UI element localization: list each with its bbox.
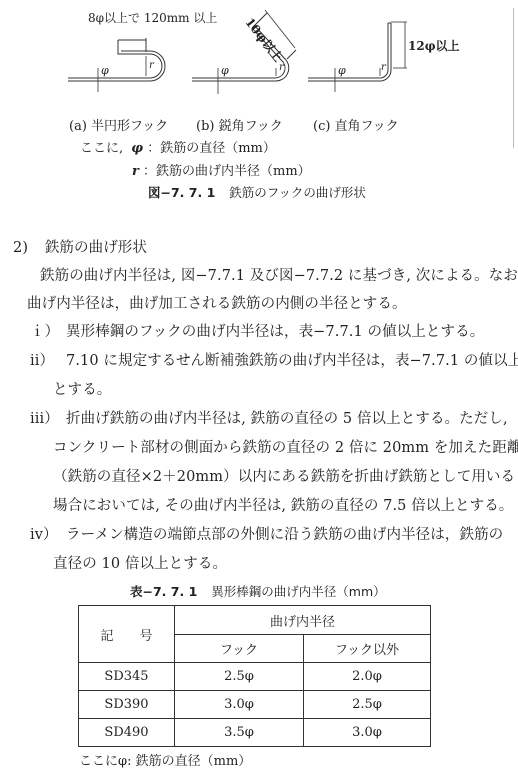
item-i-marker: ｉ）: [30, 320, 59, 341]
section-title: 鉄筋の曲げ形状: [45, 240, 147, 256]
intro-line-2: 曲げ内半径は，曲げ加工される鉄筋の内側の半径とする。: [27, 292, 407, 313]
table-row: SD490 3.5φ 3.0φ: [79, 719, 431, 747]
table-caption-title: 異形棒鋼の曲げ内半径（mm）: [211, 584, 385, 599]
legend-intro: ここに,: [80, 141, 123, 156]
hook-b-phi-label: φ: [221, 64, 229, 77]
cell-symbol: SD345: [79, 663, 175, 691]
header-symbol: 記 号: [79, 606, 175, 663]
item-iii-line-3: （鉄筋の直径×2＋20mm）以内にある鉄筋を折曲げ鉄筋として用いる: [53, 465, 515, 486]
table-caption-number: 表−7. 7. 1: [130, 584, 197, 599]
hook-c-r-label: r: [381, 62, 386, 73]
legend-phi-desc: ：鉄筋の直径（mm）: [147, 141, 276, 156]
cell-hook: 2.5φ: [175, 663, 304, 691]
cell-hook: 3.0φ: [175, 691, 304, 719]
bend-radius-table: 記 号 曲げ内半径 フック フック以外 SD345 2.5φ 2.0φ SD39…: [78, 605, 431, 747]
table-row: SD345 2.5φ 2.0φ: [79, 663, 431, 691]
header-col-other: フック以外: [304, 635, 431, 663]
legend-phi-symbol: φ: [131, 141, 143, 156]
item-iii-marker: iii）: [30, 407, 59, 428]
table-row: SD390 3.0φ 2.5φ: [79, 691, 431, 719]
figure-caption-number: 図−7. 7. 1: [148, 185, 215, 200]
cell-symbol: SD490: [79, 719, 175, 747]
cell-other: 2.5φ: [304, 691, 431, 719]
legend-r-desc: ：鉄筋の曲げ内半径（mm）: [143, 164, 311, 179]
item-ii-line-2: とする。: [53, 378, 111, 399]
hook-b-label: (b) 鋭角フック: [196, 115, 283, 134]
item-i-line-1: 異形棒鋼のフックの曲げ内半径は，表−7.7.1 の値以上とする。: [66, 320, 484, 341]
hook-c-dimension: 12φ以上: [408, 37, 460, 54]
legend-r-symbol: r: [132, 164, 139, 179]
item-iv-line-2: 直径の 10 倍以上とする。: [53, 552, 227, 573]
hook-c-label: (c) 直角フック: [313, 115, 399, 134]
item-iii-line-4: 場合においては, その曲げ内半径は, 鉄筋の直径の 7.5 倍以上とする。: [53, 494, 513, 515]
figure-legend-r: r ：鉄筋の曲げ内半径（mm）: [132, 160, 311, 179]
header-group: 曲げ内半径: [175, 606, 431, 635]
hook-diagrams: [0, 0, 518, 110]
item-iii-line-2: コンクリート部材の側面から鉄筋の直径の 2 倍に 20mm を加えた距離: [53, 436, 518, 457]
item-iii-line-1: 折曲げ鉄筋の曲げ内半径は, 鉄筋の直径の 5 倍以上とする。ただし,: [66, 407, 508, 428]
section-heading: 2) 鉄筋の曲げ形状: [13, 236, 147, 257]
table-note: ここにφ: 鉄筋の直径（mm）: [79, 750, 251, 769]
header-col-hook: フック: [175, 635, 304, 663]
figure-caption-title: 鉄筋のフックの曲げ形状: [229, 185, 366, 200]
item-iv-marker: iv）: [30, 523, 58, 544]
item-ii-marker: ii）: [30, 349, 54, 370]
cell-symbol: SD390: [79, 691, 175, 719]
table-header-row-1: 記 号 曲げ内半径: [79, 606, 431, 635]
hook-b-r-label: r: [279, 62, 284, 73]
figure-legend-phi: ここに, φ ：鉄筋の直径（mm）: [80, 137, 276, 156]
cell-other: 3.0φ: [304, 719, 431, 747]
item-ii-line-1: 7.10 に規定するせん断補強鉄筋の曲げ内半径は，表−7.7.1 の値以上: [66, 349, 518, 370]
table-caption: 表−7. 7. 1 異形棒鋼の曲げ内半径（mm）: [130, 582, 386, 600]
hook-a-dimension: 8φ以上で 120mm 以上: [88, 9, 217, 26]
cell-other: 2.0φ: [304, 663, 431, 691]
figure-caption: 図−7. 7. 1 鉄筋のフックの曲げ形状: [148, 183, 366, 201]
item-iv-line-1: ラーメン構造の端節点部の外側に沿う鉄筋の曲げ内半径は，鉄筋の: [66, 523, 503, 544]
page-edge-rule: [513, 8, 514, 148]
hook-c-phi-label: φ: [338, 64, 346, 77]
hook-a-r-label: r: [149, 60, 154, 71]
section-number: 2): [13, 240, 28, 256]
hook-a-phi-label: φ: [101, 64, 109, 77]
cell-hook: 3.5φ: [175, 719, 304, 747]
intro-line-1: 鉄筋の曲げ内半径は, 図−7.7.1 及び図−7.7.2 に基づき, 次による。…: [40, 264, 518, 285]
hook-a-label: (a) 半円形フック: [69, 115, 168, 134]
